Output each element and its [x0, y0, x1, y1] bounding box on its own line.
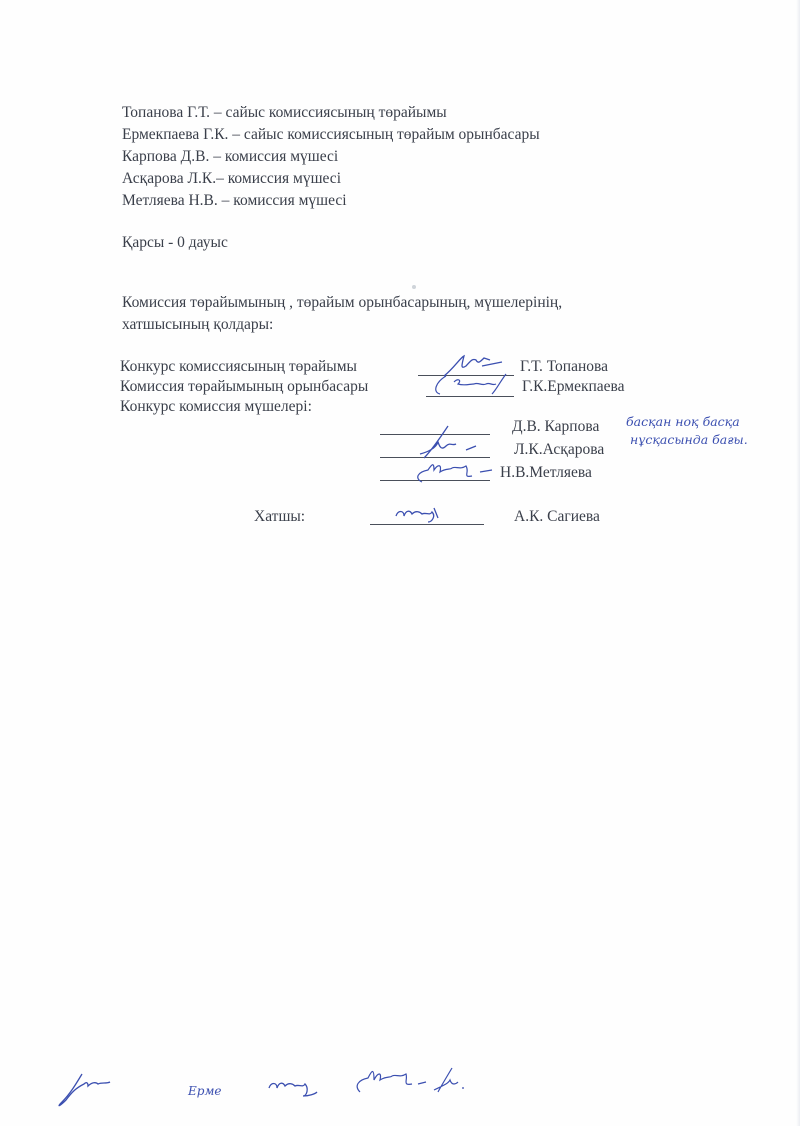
deputy-label: Комиссия төрайымының орынбасары — [120, 378, 368, 396]
member-line-metlyaeva: Метляева Н.В. – комиссия мүшесі — [122, 192, 347, 210]
handwritten-note-line1: басқан ноқ басқа — [626, 414, 740, 429]
secretary-signature-line — [370, 524, 484, 525]
member-name-askarova: Л.К.Асқарова — [514, 441, 604, 459]
footer-initial-chair-icon — [54, 1068, 114, 1112]
scan-edge — [796, 0, 800, 1126]
chair-label: Конкурс комиссиясының төрайымы — [120, 358, 357, 376]
document-page: Топанова Г.Т. – сайыс комиссиясының төра… — [0, 0, 800, 1126]
member-line-chair: Топанова Г.Т. – сайыс комиссиясының төра… — [122, 104, 447, 122]
footer-initial-deputy: Ерме — [188, 1084, 222, 1098]
member-name-karpova: Д.В. Карпова — [512, 418, 599, 436]
secretary-label: Хатшы: — [254, 508, 305, 526]
signatures-heading-line1: Комиссия төрайымының , төрайым орынбасар… — [122, 294, 562, 312]
scan-speck — [412, 285, 416, 289]
footer-initial-secretary-icon — [265, 1074, 325, 1104]
member-name-metlyaeva: Н.В.Метляева — [500, 464, 592, 482]
metlyaeva-signature-icon — [410, 458, 500, 488]
secretary-signature-icon — [392, 504, 452, 524]
signatures-heading-line2: хатшысының қолдары: — [122, 316, 273, 334]
member-line-askarova: Асқарова Л.К.– комиссия мүшесі — [122, 170, 341, 188]
footer-initial-members-icon — [352, 1062, 472, 1102]
chair-name: Г.Т. Топанова — [520, 358, 608, 376]
members-label: Конкурс комиссия мүшелері: — [120, 398, 312, 416]
deputy-name: Г.К.Ермекпаева — [522, 378, 625, 396]
handwritten-note-line2: нұсқасында бағы. — [630, 432, 748, 447]
deputy-signature-icon — [430, 372, 520, 398]
secretary-name: А.К. Сагиева — [514, 508, 600, 526]
vote-against: Қарсы - 0 дауыс — [122, 234, 228, 252]
member-line-deputy: Ермекпаева Г.К. – сайыс комиссиясының тө… — [122, 126, 540, 144]
member-line-karpova: Карпова Д.В. – комиссия мүшесі — [122, 148, 338, 166]
